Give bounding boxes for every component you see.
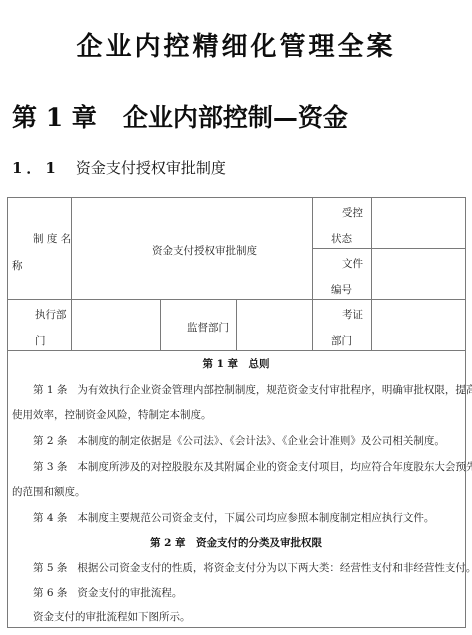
section-number: 1．1 (12, 159, 60, 177)
article-label: 第 6 条 (33, 587, 67, 599)
article-label: 第 3 条 (33, 461, 67, 473)
table-border-bottom (7, 627, 466, 628)
exam-dept-label-line1: 考证 (342, 307, 363, 322)
exam-dept-label-line2: 部门 (331, 333, 352, 348)
section-title: 资金支付授权审批制度 (76, 159, 226, 177)
article-3: 第 3 条本制度所涉及的对控股股东及其附属企业的资金支付项目，均应符合年度股东大… (33, 459, 472, 474)
article-3-line2: 的范围和额度。 (12, 484, 86, 499)
article-label: 第 2 条 (33, 435, 67, 447)
chapter-title: 企业内部控制—资金 (123, 103, 348, 132)
col-divider-2 (160, 299, 161, 351)
article-4: 第 4 条本制度主要规范公司资金支付，下属公司均应参照本制度制定相应执行文件。 (33, 510, 434, 525)
policy-name-label-line2: 称 (12, 258, 23, 273)
table-border-left (7, 197, 8, 628)
article-2: 第 2 条本制度的制定依据是《公司法》、《会计法》、《企业会计准则》及公司相关制… (33, 433, 445, 448)
article-label: 第 1 条 (33, 384, 67, 396)
exec-dept-label-line1: 执行部 (35, 307, 67, 322)
file-number-label-line1: 文件 (342, 256, 363, 271)
table-border-top (7, 197, 466, 198)
article-5: 第 5 条根据公司资金支付的性质，将资金支付分为以下两大类：经营性支付和非经营性… (33, 560, 472, 575)
article-6: 第 6 条资金支付的审批流程。 (33, 585, 182, 600)
col-divider-1 (71, 197, 72, 351)
article-label: 第 5 条 (33, 562, 67, 574)
document-title: 企业内控精细化管理全案 (0, 26, 472, 63)
chapter-heading: 第 1 章企业内部控制—资金 (12, 98, 348, 134)
section-heading: 1．1资金支付授权审批制度 (12, 157, 226, 178)
chapter2-heading: 第 2 章 资金支付的分类及审批权限 (7, 535, 465, 550)
article-1: 第 1 条为有效执行企业资金管理内部控制制度，规范资金支付审批程序，明确审批权限… (33, 382, 472, 397)
col-divider-4 (312, 197, 313, 351)
policy-name-value: 资金支付授权审批制度 (152, 243, 257, 258)
controlled-status-label-line2: 状态 (331, 231, 352, 246)
supervise-dept-label: 监督部门 (187, 320, 229, 335)
col-divider-5 (371, 197, 372, 351)
exec-dept-label-line2: 门 (35, 333, 46, 348)
article-1-line2: 使用效率，控制资金风险，特制定本制度。 (12, 407, 212, 422)
row-divider-status-file (312, 248, 466, 249)
col-divider-3 (236, 299, 237, 351)
article-label: 第 4 条 (33, 512, 67, 524)
controlled-status-label-line1: 受控 (342, 205, 363, 220)
policy-name-label-line1: 制 度 名 (33, 231, 71, 246)
closing-line: 资金支付的审批流程如下图所示。 (33, 609, 191, 624)
chapter1-general-heading: 第 1 章 总则 (7, 356, 465, 371)
file-number-label-line2: 编号 (331, 282, 352, 297)
chapter-number: 第 1 章 (12, 103, 97, 132)
